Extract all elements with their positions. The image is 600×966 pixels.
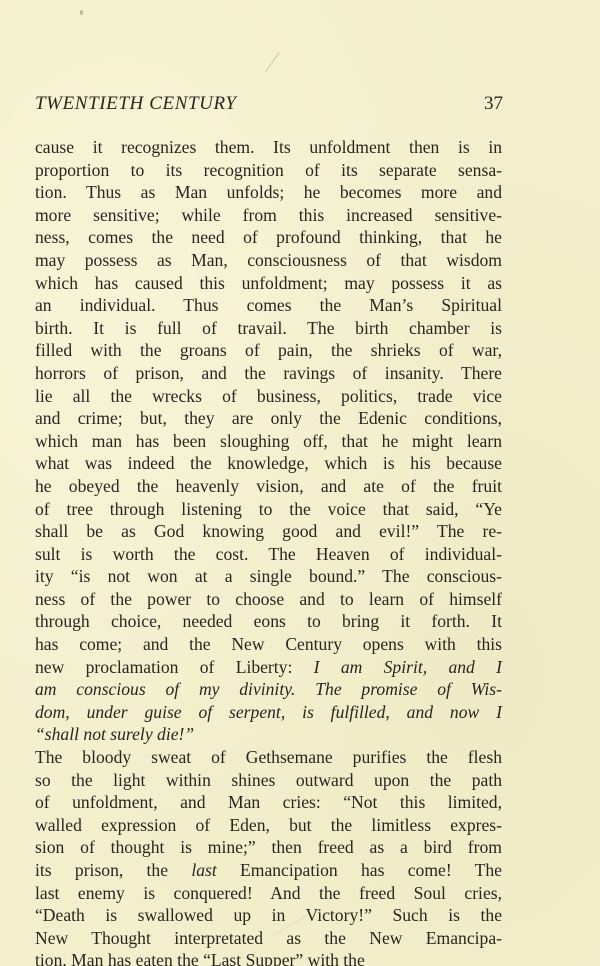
text-line: of unfoldment, and Man cries: “Not this … xyxy=(35,791,502,814)
text-segment: he obeyed the heavenly vision, and ate o… xyxy=(35,476,502,496)
text-line: am conscious of my divinity. The promise… xyxy=(35,678,502,701)
text-segment: ness, comes the need of profound thinkin… xyxy=(35,227,502,247)
italic-text: dom, under guise of serpent, is fulfille… xyxy=(35,702,502,722)
text-segment: filled with the groans of pain, the shri… xyxy=(35,340,502,360)
text-line: proportion to its recognition of its sep… xyxy=(35,159,502,182)
text-segment: what was indeed the knowledge, which is … xyxy=(35,453,502,473)
text-line: The bloody sweat of Gethsemane purifies … xyxy=(35,746,502,769)
running-head: TWENTIETH CENTURY 37 xyxy=(35,93,503,117)
text-line: may possess as Man, consciousness of tha… xyxy=(35,249,502,272)
text-segment: so the light within shines outward upon … xyxy=(35,770,502,790)
text-line: birth. It is full of travail. The birth … xyxy=(35,317,502,340)
text-line: sion of thought is mine;” then freed as … xyxy=(35,836,502,859)
text-line: more sensitive; while from this increase… xyxy=(35,204,502,227)
text-segment: Emancipation has come! The xyxy=(217,860,502,880)
text-segment: and crime; but, they are only the Edenic… xyxy=(35,408,502,428)
text-segment: which man has been sloughing off, that h… xyxy=(35,431,502,451)
text-line: tion. Thus as Man unfolds; he becomes mo… xyxy=(35,181,502,204)
text-line: dom, under guise of serpent, is fulfille… xyxy=(35,701,502,724)
text-line: ity “is not won at a single bound.” The … xyxy=(35,565,502,588)
text-segment: ness of the power to choose and to learn… xyxy=(35,589,502,609)
text-segment: of unfoldment, and Man cries: “Not this … xyxy=(35,792,502,812)
paper-scratch xyxy=(265,52,280,72)
italic-text: “shall not surely die!” xyxy=(35,724,194,744)
text-segment: “Death is swallowed up in Victory!” Such… xyxy=(35,905,502,925)
text-segment: more sensitive; while from this increase… xyxy=(35,205,502,225)
text-line: of tree through listening to the voice t… xyxy=(35,498,502,521)
text-line: New Thought interpretated as the New Ema… xyxy=(35,927,502,950)
text-segment: tion. Man has eaten the “Last Supper” wi… xyxy=(35,950,365,966)
italic-text: I am Spirit, and I xyxy=(314,657,502,677)
text-segment: new proclamation of Liberty: xyxy=(35,657,314,677)
text-line: which man has been sloughing off, that h… xyxy=(35,430,502,453)
text-line: through choice, needed eons to bring it … xyxy=(35,610,502,633)
text-segment: through choice, needed eons to bring it … xyxy=(35,611,502,631)
text-segment: last enemy is conquered! And the freed S… xyxy=(35,883,502,903)
text-line: ness of the power to choose and to learn… xyxy=(35,588,502,611)
text-line: has come; and the New Century opens with… xyxy=(35,633,502,656)
text-segment: sion of thought is mine;” then freed as … xyxy=(35,837,502,857)
paper-speck xyxy=(80,10,83,15)
text-segment: ity “is not won at a single bound.” The … xyxy=(35,566,502,586)
book-page: TWENTIETH CENTURY 37 cause it recognizes… xyxy=(0,0,600,966)
text-segment: horrors of prison, and the ravings of in… xyxy=(35,363,502,383)
text-segment: cause it recognizes them. Its unfoldment… xyxy=(35,137,502,157)
text-segment: New Thought interpretated as the New Ema… xyxy=(35,928,502,948)
text-line: “shall not surely die!” xyxy=(35,723,502,746)
text-segment: The bloody sweat of Gethsemane purifies … xyxy=(35,747,502,767)
text-line: what was indeed the knowledge, which is … xyxy=(35,452,502,475)
text-segment: walled expression of Eden, but the limit… xyxy=(35,815,502,835)
text-segment: of tree through listening to the voice t… xyxy=(35,499,502,519)
text-line: its prison, the last Emancipation has co… xyxy=(35,859,502,882)
text-line: horrors of prison, and the ravings of in… xyxy=(35,362,502,385)
page-number: 37 xyxy=(484,93,503,115)
text-line: cause it recognizes them. Its unfoldment… xyxy=(35,136,502,159)
text-segment: lie all the wrecks of business, politics… xyxy=(35,386,502,406)
text-line: last enemy is conquered! And the freed S… xyxy=(35,882,502,905)
text-line: and crime; but, they are only the Edenic… xyxy=(35,407,502,430)
text-line: tion. Man has eaten the “Last Supper” wi… xyxy=(35,949,502,966)
text-line: lie all the wrecks of business, politics… xyxy=(35,385,502,408)
text-segment: birth. It is full of travail. The birth … xyxy=(35,318,502,338)
text-line: which has caused this unfoldment; may po… xyxy=(35,272,502,295)
text-line: so the light within shines outward upon … xyxy=(35,769,502,792)
text-line: “Death is swallowed up in Victory!” Such… xyxy=(35,904,502,927)
text-segment: which has caused this unfoldment; may po… xyxy=(35,273,502,293)
text-segment: sult is worth the cost. The Heaven of in… xyxy=(35,544,502,564)
text-segment: proportion to its recognition of its sep… xyxy=(35,160,502,180)
text-line: new proclamation of Liberty: I am Spirit… xyxy=(35,656,502,679)
body-text: cause it recognizes them. Its unfoldment… xyxy=(35,136,502,966)
text-line: sult is worth the cost. The Heaven of in… xyxy=(35,543,502,566)
text-segment: has come; and the New Century opens with… xyxy=(35,634,502,654)
text-line: walled expression of Eden, but the limit… xyxy=(35,814,502,837)
text-line: an individual. Thus comes the Man’s Spir… xyxy=(35,294,502,317)
italic-text: am conscious of my divinity. The promise… xyxy=(35,679,502,699)
text-line: ness, comes the need of profound thinkin… xyxy=(35,226,502,249)
text-line: shall be as God knowing good and evil!” … xyxy=(35,520,502,543)
text-segment: an individual. Thus comes the Man’s Spir… xyxy=(35,295,502,315)
text-line: he obeyed the heavenly vision, and ate o… xyxy=(35,475,502,498)
text-segment: shall be as God knowing good and evil!” … xyxy=(35,521,502,541)
italic-text: last xyxy=(191,860,216,880)
text-line: filled with the groans of pain, the shri… xyxy=(35,339,502,362)
text-segment: tion. Thus as Man unfolds; he becomes mo… xyxy=(35,182,502,202)
text-segment: may possess as Man, consciousness of tha… xyxy=(35,250,502,270)
text-segment: its prison, the xyxy=(35,860,191,880)
running-title: TWENTIETH CENTURY xyxy=(35,93,236,115)
